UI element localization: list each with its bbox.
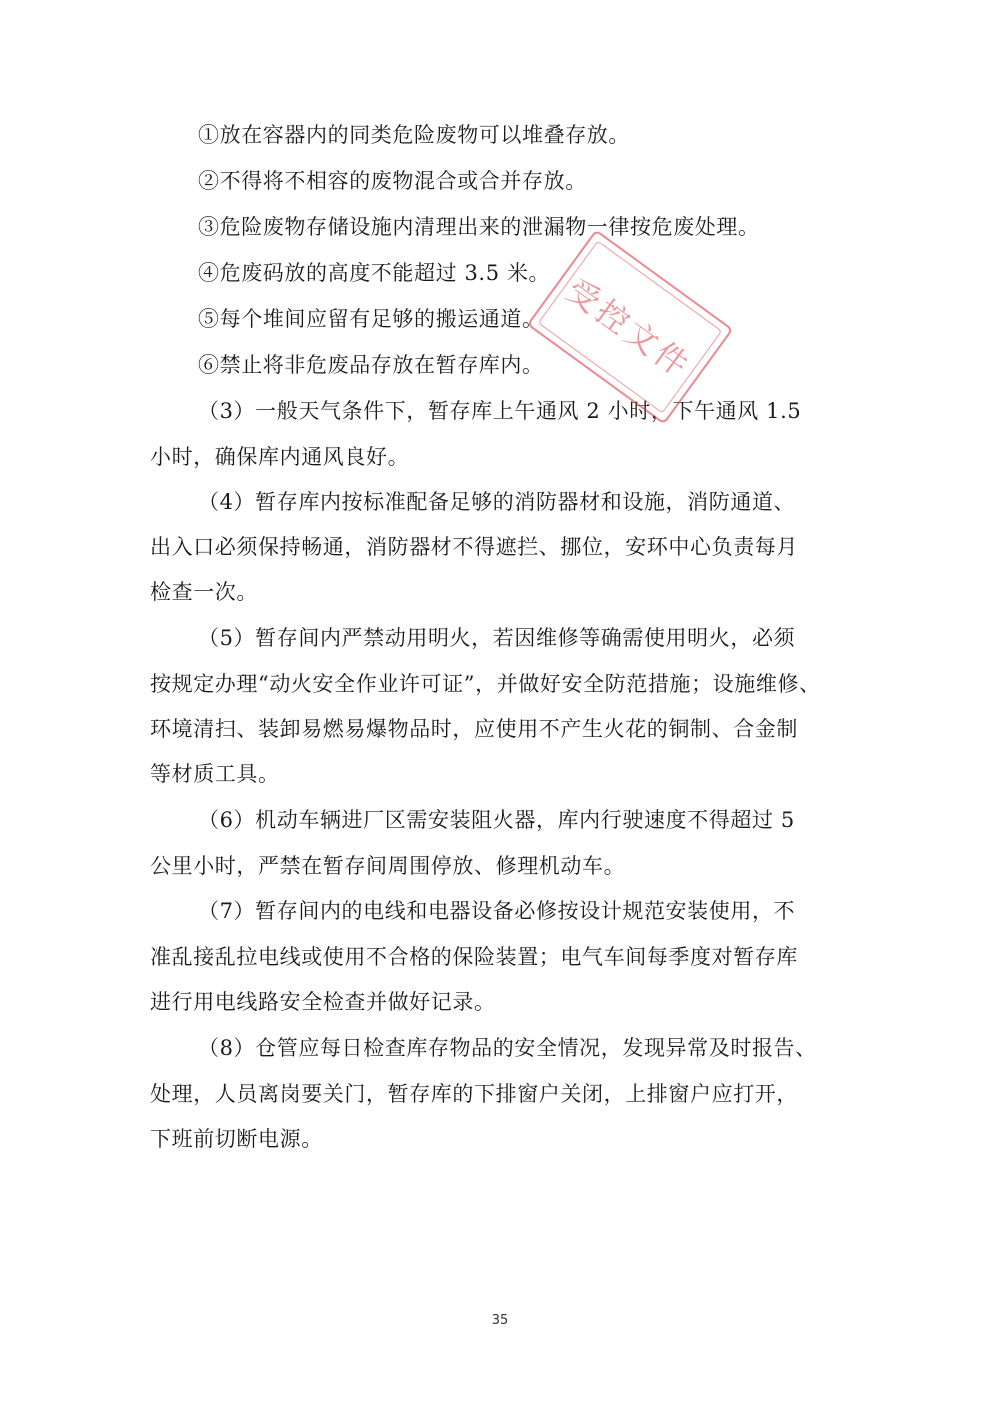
list-item-3: ③危险废物存储设施内清理出来的泄漏物一律按危废处理。 [198,213,760,241]
paragraph-line: 进行用电线路安全检查并做好记录。 [150,988,496,1016]
paragraph-line: 准乱接乱拉电线或使用不合格的保险装置；电气车间每季度对暂存库 [150,943,798,971]
paragraph-line: （6）机动车辆进厂区需安装阻火器，库内行驶速度不得超过 5 [198,806,795,834]
paragraph-line: （3）一般天气条件下，暂存库上午通风 2 小时，下午通风 1.5 [198,397,801,425]
stamp-text: 受控文件 [558,266,702,388]
paragraph-line: （7）暂存间内的电线和电器设备必修按设计规范安装使用，不 [198,897,795,925]
paragraph-line: 按规定办理“动火安全作业许可证”，并做好安全防范措施；设施维修、 [150,670,821,698]
paragraph-line: 处理，人员离岗要关门，暂存库的下排窗户关闭，上排窗户应打开， [150,1080,798,1108]
list-item-1: ①放在容器内的同类危险废物可以堆叠存放。 [198,121,630,149]
list-item-4: ④危废码放的高度不能超过 3.5 米。 [198,259,550,287]
paragraph-line: 公里小时，严禁在暂存间周围停放、修理机动车。 [150,852,625,880]
list-item-2: ②不得将不相容的废物混合或合并存放。 [198,167,587,195]
paragraph-line: 等材质工具。 [150,760,280,788]
document-page: ①放在容器内的同类危险废物可以堆叠存放。 ②不得将不相容的废物混合或合并存放。 … [0,0,1000,1413]
page-number: 35 [0,1313,1000,1328]
paragraph-line: （5）暂存间内严禁动用明火，若因维修等确需使用明火，必须 [198,624,795,652]
paragraph-line: 小时，确保库内通风良好。 [150,443,409,471]
paragraph-line: 出入口必须保持畅通，消防器材不得遮拦、挪位，安环中心负责每月 [150,533,798,561]
paragraph-line: 下班前切断电源。 [150,1125,323,1153]
paragraph-line: 检查一次。 [150,578,258,606]
list-item-6: ⑥禁止将非危废品存放在暂存库内。 [198,351,544,379]
list-item-5: ⑤每个堆间应留有足够的搬运通道。 [198,305,544,333]
controlled-document-stamp: 受控文件 [527,229,734,424]
paragraph-line: 环境清扫、装卸易燃易爆物品时，应使用不产生火花的铜制、合金制 [150,715,798,743]
paragraph-line: （4）暂存库内按标准配备足够的消防器材和设施，消防通道、 [198,488,795,516]
stamp-inner-border [538,240,723,413]
paragraph-line: （8）仓管应每日检查库存物品的安全情况，发现异常及时报告、 [198,1034,817,1062]
